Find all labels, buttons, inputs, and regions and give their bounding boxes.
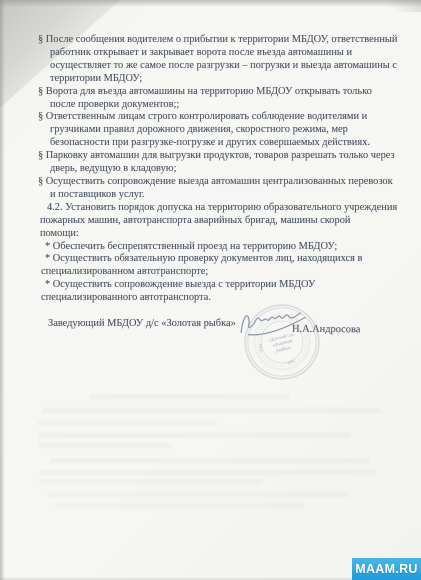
doc-line: осуществляет то же самое после разгрузки… (38, 60, 410, 73)
doc-line: § Ворота для въезда автомашины на террит… (38, 86, 410, 99)
doc-line: специализированном автотранспорте; (38, 266, 410, 279)
doc-line: § Осуществить сопровождение выезда автом… (38, 176, 410, 189)
doc-line: после проверки документов;; (38, 99, 410, 112)
doc-line: дверь, ведущую в кладовую; (38, 163, 410, 176)
doc-line: помощи: (38, 228, 410, 241)
scan-edge-left (0, 0, 5, 580)
document-text: § После сообщения водителем о прибытии к… (38, 34, 410, 305)
bleedthrough-line (55, 503, 305, 508)
doc-line: территории МБДОУ; (38, 73, 410, 86)
bleedthrough-line (40, 470, 377, 475)
watermark-text: MAAM.RU (355, 562, 418, 576)
doc-line: и поставщиков услуг. (38, 189, 410, 202)
bleedthrough-line (50, 458, 370, 463)
doc-line: * Осуществить обязательную проверку доку… (38, 253, 410, 266)
bleedthrough-line (48, 492, 348, 497)
doc-line: безопасности при разгрузке-погрузке и др… (38, 137, 410, 150)
doc-line: пожарных машин, автотранспорта аварийных… (38, 215, 410, 228)
doc-line: § Парковку автомашин для выгрузки продук… (38, 150, 410, 163)
bleedthrough-line (90, 394, 290, 399)
bleedthrough-line (40, 479, 263, 484)
doc-line: 4.2. Установить порядок допуска на терри… (38, 202, 410, 215)
doc-line: * Осуществить сопровождение выезда с тер… (38, 279, 410, 292)
bleedthrough-line (38, 420, 216, 425)
stamp-inn-label: ИНН (287, 359, 296, 365)
doc-line: § После сообщения водителем о прибытии к… (38, 34, 410, 47)
bleedthrough-line (38, 443, 171, 448)
bleedthrough-line (42, 408, 382, 413)
doc-line: грузчиками правил дорожного движения, ск… (38, 124, 410, 137)
doc-line: специализированного автотранспорта. (38, 292, 410, 305)
bleedthrough-line (38, 433, 351, 438)
signature-label: Заведующий МБДОУ д/с «Золотая рыбка» (48, 318, 236, 329)
stamp-ogrn-label: ОГРН (259, 343, 263, 352)
doc-line: работник открывает и закрывает ворота по… (38, 47, 410, 60)
maam-watermark: MAAM.RU (352, 558, 421, 580)
doc-line: § Ответственным лицам строго контролиров… (38, 111, 410, 124)
scan-page: § После сообщения водителем о прибытии к… (0, 0, 421, 580)
official-stamp: «Детский сад «Золотая рыбка» ОГРН ИНН (242, 302, 322, 382)
scan-edge-top (0, 0, 421, 7)
doc-line: * Обеспечить беспрепятственный проезд на… (38, 241, 410, 254)
